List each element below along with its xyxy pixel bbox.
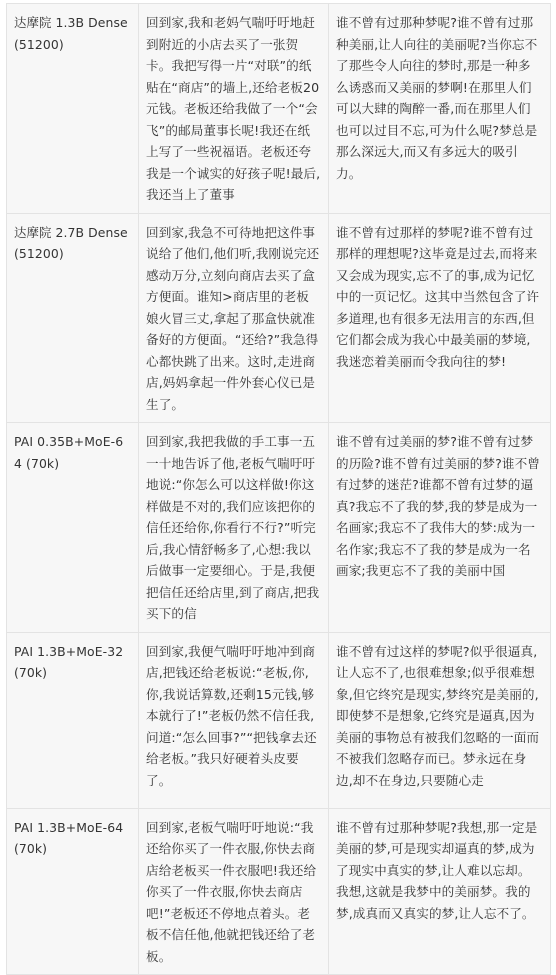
- table-row: PAI 1.3B+MoE-32 (70k) 回到家,我便气喘吁吁地冲到商店,把钱…: [7, 632, 551, 808]
- model-name-cell: 达摩院 1.3B Dense (51200): [7, 4, 139, 214]
- model-name-cell: PAI 0.35B+MoE-64 (70k): [7, 423, 139, 633]
- model-comparison-table: 达摩院 1.3B Dense (51200) 回到家,我和老妈气喘吁吁地赶到附近…: [6, 3, 551, 899]
- generated-text-cell-b: 谁不曾有过那种梦呢?谁不曾有过那种美丽,让人向往的美丽呢?当你忘不了那些令人向往…: [329, 4, 551, 214]
- model-name-cell: PAI 1.3B+MoE-32 (70k): [7, 632, 139, 808]
- generated-text-cell-a: 回到家,老板气喘吁吁地说:“我还给你买了一件衣服,你快去商店给老板买一件衣服吧!…: [139, 808, 329, 899]
- table-row: PAI 0.35B+MoE-64 (70k) 回到家,我把我做的手工事一五一十地…: [7, 423, 551, 633]
- generated-text-cell-a: 回到家,我急不可待地把这件事说给了他们,他们听,我刚说完还感动万分,立刻向商店去…: [139, 213, 329, 423]
- generated-text-cell-a: 回到家,我便气喘吁吁地冲到商店,把钱还给老板说:“老板,你,你,我说话算数,还剩…: [139, 632, 329, 808]
- model-name-cell: PAI 1.3B+MoE-64 (70k): [7, 808, 139, 899]
- generated-text-cell-b: 谁不曾有过这样的梦呢?似乎很逼真,让人忘不了,也很难想象;似乎很难想象,但它终究…: [329, 632, 551, 808]
- table-row: 达摩院 2.7B Dense (51200) 回到家,我急不可待地把这件事说给了…: [7, 213, 551, 423]
- generated-text-cell-b: 谁不曾有过美丽的梦?谁不曾有过梦的历险?谁不曾有过美丽的梦?谁不曾有过梦的迷茫?…: [329, 423, 551, 633]
- table-row: PAI 1.3B+MoE-64 (70k) 回到家,老板气喘吁吁地说:“我还给你…: [7, 808, 551, 899]
- model-name-cell: 达摩院 2.7B Dense (51200): [7, 213, 139, 423]
- generated-text-cell-b: 谁不曾有过那样的梦呢?谁不曾有过那样的理想呢?这毕竟是过去,而将来又会成为现实,…: [329, 213, 551, 423]
- generated-text-cell-a: 回到家,我和老妈气喘吁吁地赶到附近的小店去买了一张贺卡。我把写得一片“对联”的纸…: [139, 4, 329, 214]
- generated-text-cell-b: 谁不曾有过那种梦呢?我想,那一定是美丽的梦,可是现实却逼真的梦,成为了现实中真实…: [329, 808, 551, 899]
- table-row: 达摩院 1.3B Dense (51200) 回到家,我和老妈气喘吁吁地赶到附近…: [7, 4, 551, 214]
- comparison-table-container: 达摩院 1.3B Dense (51200) 回到家,我和老妈气喘吁吁地赶到附近…: [6, 3, 550, 899]
- generated-text-cell-a: 回到家,我把我做的手工事一五一十地告诉了他,老板气喘吁吁地说:“你怎么可以这样做…: [139, 423, 329, 633]
